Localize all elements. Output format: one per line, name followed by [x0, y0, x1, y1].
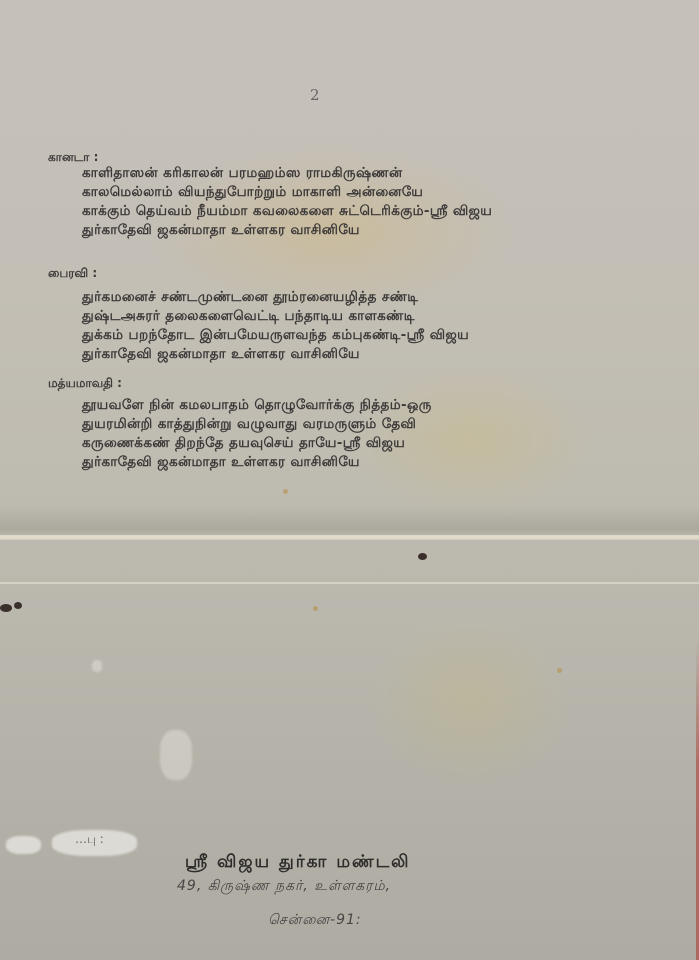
verse-madhyamavati: தூயவளே நின் கமலபாதம் தொழுவோர்க்கு நித்தம…	[82, 396, 432, 472]
ink-spot	[0, 604, 12, 612]
organization-name: ஸ்ரீ விஜய துர்கா மண்டலி	[185, 852, 411, 874]
verse-line: காக்கும் தெய்வம் நீயம்மா கவலைகளை சுட்டெர…	[82, 202, 492, 221]
stain-dot	[283, 489, 288, 494]
raga-heading-madhyamavati: மத்யமாவதி :	[48, 376, 122, 392]
worn-patch	[92, 660, 102, 672]
fold-crease-secondary	[0, 582, 699, 584]
verse-line: கருணைக்கண் திறந்தே தயவுசெய் தாயே-ஸ்ரீ வி…	[82, 434, 432, 453]
verse-kanada: காளிதாஸன் கரிகாலன் பரமஹம்ஸ ராமகிருஷ்ணன் …	[82, 164, 492, 240]
worn-patch	[6, 836, 41, 854]
verse-line: தூயவளே நின் கமலபாதம் தொழுவோர்க்கு நித்தம…	[82, 396, 432, 415]
verse-line: காலமெல்லாம் வியந்துபோற்றும் மாகாளி அன்னை…	[82, 183, 492, 202]
verse-line: துர்காதேவி ஜகன்மாதா உள்ளகர வாசினியே	[82, 345, 469, 364]
worn-patch	[160, 730, 192, 780]
ink-spot	[14, 602, 22, 609]
ink-spot	[418, 553, 427, 560]
fold-crease	[0, 535, 699, 540]
publisher-label: …பு :	[75, 832, 104, 848]
verse-line: துஷ்டஅசுரர் தலைகளைவெட்டி பந்தாடிய காளகண்…	[82, 307, 469, 326]
verse-line: துர்காதேவி ஜகன்மாதா உள்ளகர வாசினியே	[82, 221, 492, 240]
fold-shadow	[0, 505, 699, 535]
verse-line: துயரமின்றி காத்துநின்று வழுவாது வரமருளும…	[82, 415, 432, 434]
stain-dot	[557, 668, 562, 673]
verse-bhairavi: துர்கமனைச் சண்டமுண்டனை தூம்ரனையழித்த சண்…	[82, 288, 469, 364]
organization-address: 49, கிருஷ்ண நகர், உள்ளகரம்,	[177, 878, 391, 896]
verse-line: துர்கமனைச் சண்டமுண்டனை தூம்ரனையழித்த சண்…	[82, 288, 469, 307]
raga-heading-bhairavi: பைரவி :	[48, 266, 97, 282]
verse-line: துக்கம் பறந்தோட இன்பமேயருளவந்த கம்புகண்ட…	[82, 326, 469, 345]
organization-city: சென்னை-91:	[268, 912, 362, 930]
scanned-page: 2 கானடா : காளிதாஸன் கரிகாலன் பரமஹம்ஸ ராம…	[0, 0, 699, 960]
verse-line: துர்காதேவி ஜகன்மாதா உள்ளகர வாசினியே	[82, 453, 432, 472]
verse-line: காளிதாஸன் கரிகாலன் பரமஹம்ஸ ராமகிருஷ்ணன்	[82, 164, 492, 183]
stain-dot	[313, 606, 318, 611]
page-number: 2	[310, 86, 320, 104]
